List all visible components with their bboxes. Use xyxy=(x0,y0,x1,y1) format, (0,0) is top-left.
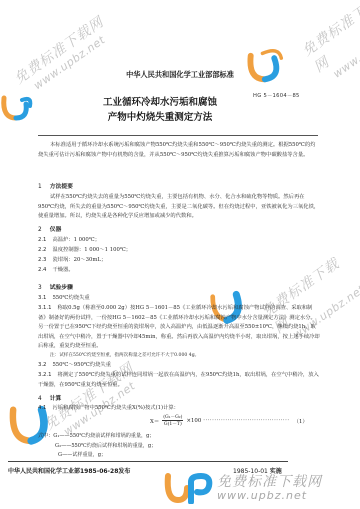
footer-divider xyxy=(8,461,288,462)
item-number: 2.1 xyxy=(38,237,46,243)
section-number: 2 xyxy=(38,227,42,233)
item-3-1-1: 3.1.1称取0.5g（称准至0.000 2g）按HG 5－1601－85《工业… xyxy=(38,304,320,352)
where-prefix: 式中： xyxy=(38,433,53,439)
item-number: 3.1.1 xyxy=(38,305,51,311)
effective-date: 1985-10-01 实施 xyxy=(233,466,282,475)
formula-lhs: X＝ xyxy=(150,417,159,425)
issue-date: 中华人民共和国化学工业部1985-06-28发布 xyxy=(8,466,130,475)
note: 注：试样在550℃灼烧至恒重，指两次称量之差可允许不大于0.000 4g。 xyxy=(50,352,199,358)
section-title: 计算 xyxy=(50,396,62,402)
item-number: 2.2 xyxy=(38,247,46,253)
definition: ——550℃灼烧后试样和坩埚的重量，g； xyxy=(61,443,156,449)
up-logo-icon xyxy=(0,90,34,124)
footer-watermark-text: 免费标准下载网 www.upbz.net xyxy=(217,475,322,502)
watermark-url: www.upbz.net xyxy=(31,28,115,92)
watermark-url: www.upbz.net xyxy=(217,490,322,502)
intro-paragraph: 本标准适用于循环冷却水系统污垢和腐蚀产物550℃灼烧失重和550℃～950℃灼烧… xyxy=(38,141,320,160)
item-text: 干燥器。 xyxy=(52,267,73,273)
effective-label: 实施 xyxy=(270,468,282,475)
item-text: 550℃灼烧失重 xyxy=(52,295,89,301)
item-text: 污垢和腐蚀产物中550℃灼烧失重X(%)按式(1)计算： xyxy=(52,405,179,411)
where-g: G——试样重量，g； xyxy=(58,451,106,458)
watermark-text: 免费标准下载网 xyxy=(217,475,322,490)
section-4-heading: 4计算 xyxy=(38,393,61,402)
section-title: 试验步骤 xyxy=(50,285,73,291)
item-2-4: 2.4干燥器。 xyxy=(38,266,320,276)
section-2-heading: 2仪器 xyxy=(38,224,61,233)
item-3-2: 3.2550℃～950℃灼烧失重 xyxy=(38,361,320,371)
item-number: 3.2.1 xyxy=(38,372,51,378)
section-3-heading: 3试验步骤 xyxy=(38,282,73,291)
item-number: 3.1 xyxy=(38,295,46,301)
item-number: 2.3 xyxy=(38,257,46,263)
issuing-body: 中华人民共和国化学工业部部标准 xyxy=(0,70,360,80)
item-text: 温度控制器：1 000～1 100℃； xyxy=(52,247,131,253)
watermark-text: 免费标准下载网 xyxy=(298,0,360,77)
header-divider xyxy=(38,135,318,136)
item-number: 3.2 xyxy=(38,362,46,368)
formula-leader-dots: ······································· xyxy=(203,418,289,424)
item-number: 2.4 xyxy=(38,267,46,273)
section-1-heading: 1方法提要 xyxy=(38,181,73,190)
formula-numerator: (G₁－G₂) xyxy=(162,414,183,421)
watermark-top-left: 免费标准下载网 www.upbz.net xyxy=(10,12,115,99)
item-text: 高温炉：1 000℃； xyxy=(52,237,100,243)
section-number: 4 xyxy=(38,396,42,402)
item-3-2-1: 3.2.1将测定了550℃灼烧失重的试样连同坩埚一起放在高温炉内，在950℃灼烧… xyxy=(38,371,320,390)
item-text: 瓷坩埚：20～30mL； xyxy=(52,257,106,263)
section-number: 1 xyxy=(38,184,42,190)
formula-fraction: (G₁－G₂) G(1－T) xyxy=(162,414,183,427)
standard-code: HG 5－1604－85 xyxy=(253,92,300,99)
formula-rhs: ×100 xyxy=(186,418,201,424)
formula-denominator: G(1－T) xyxy=(164,421,182,427)
item-3-1: 3.1550℃灼烧失重 xyxy=(38,294,320,304)
item-4-1: 4.1污垢和腐蚀产物中550℃灼烧失重X(%)按式(1)计算： xyxy=(38,404,320,414)
formula: X＝ (G₁－G₂) G(1－T) ×100 ·················… xyxy=(150,414,308,427)
item-text: 称取0.5g（称准至0.000 2g）按HG 5－1601－85《工业循环冷却水… xyxy=(38,305,320,349)
item-2-2: 2.2温度控制器：1 000～1 100℃； xyxy=(38,246,320,256)
item-2-3: 2.3瓷坩埚：20～30mL； xyxy=(38,256,320,266)
item-text: 550℃～950℃灼烧失重 xyxy=(52,362,111,368)
definition: ——试样重量，g； xyxy=(62,452,106,458)
section-number: 3 xyxy=(38,285,42,291)
section-1-body: 试样在550℃灼烧失去的重量为550℃灼烧失重，主要包括有机物、水分、化合水和硫… xyxy=(38,193,320,222)
section-title: 方法提要 xyxy=(50,184,73,190)
effective-date-value: 1985-10-01 xyxy=(233,468,268,475)
title-line-1: 工业循环冷却水污垢和腐蚀 xyxy=(60,94,260,108)
where-g1: 式中：G₁——550℃灼烧前试样和坩埚的重量，g； xyxy=(38,432,155,439)
footer-watermark: 免费标准下载网 www.upbz.net xyxy=(163,472,322,504)
definition: ——550℃灼烧前试样和坩埚的重量，g； xyxy=(59,433,154,439)
title-line-2: 产物中灼烧失重测定方法 xyxy=(60,109,260,123)
note-label: 注： xyxy=(50,353,59,358)
item-text: 将测定了550℃灼烧失重的试样连同坩埚一起放在高温炉内，在950℃灼烧1h，取出… xyxy=(38,372,319,388)
item-number: 4.1 xyxy=(38,405,46,411)
up-logo-icon xyxy=(163,472,213,504)
item-2-1: 2.1高温炉：1 000℃； xyxy=(38,236,320,246)
equation-number: （1） xyxy=(294,417,308,425)
where-g2: G₂——550℃灼烧后试样和坩埚的重量，g； xyxy=(55,442,156,449)
section-title: 仪器 xyxy=(50,227,62,233)
note-text: 试样在550℃灼烧至恒重，指两次称量之差可允许不大于0.000 4g。 xyxy=(59,353,199,358)
